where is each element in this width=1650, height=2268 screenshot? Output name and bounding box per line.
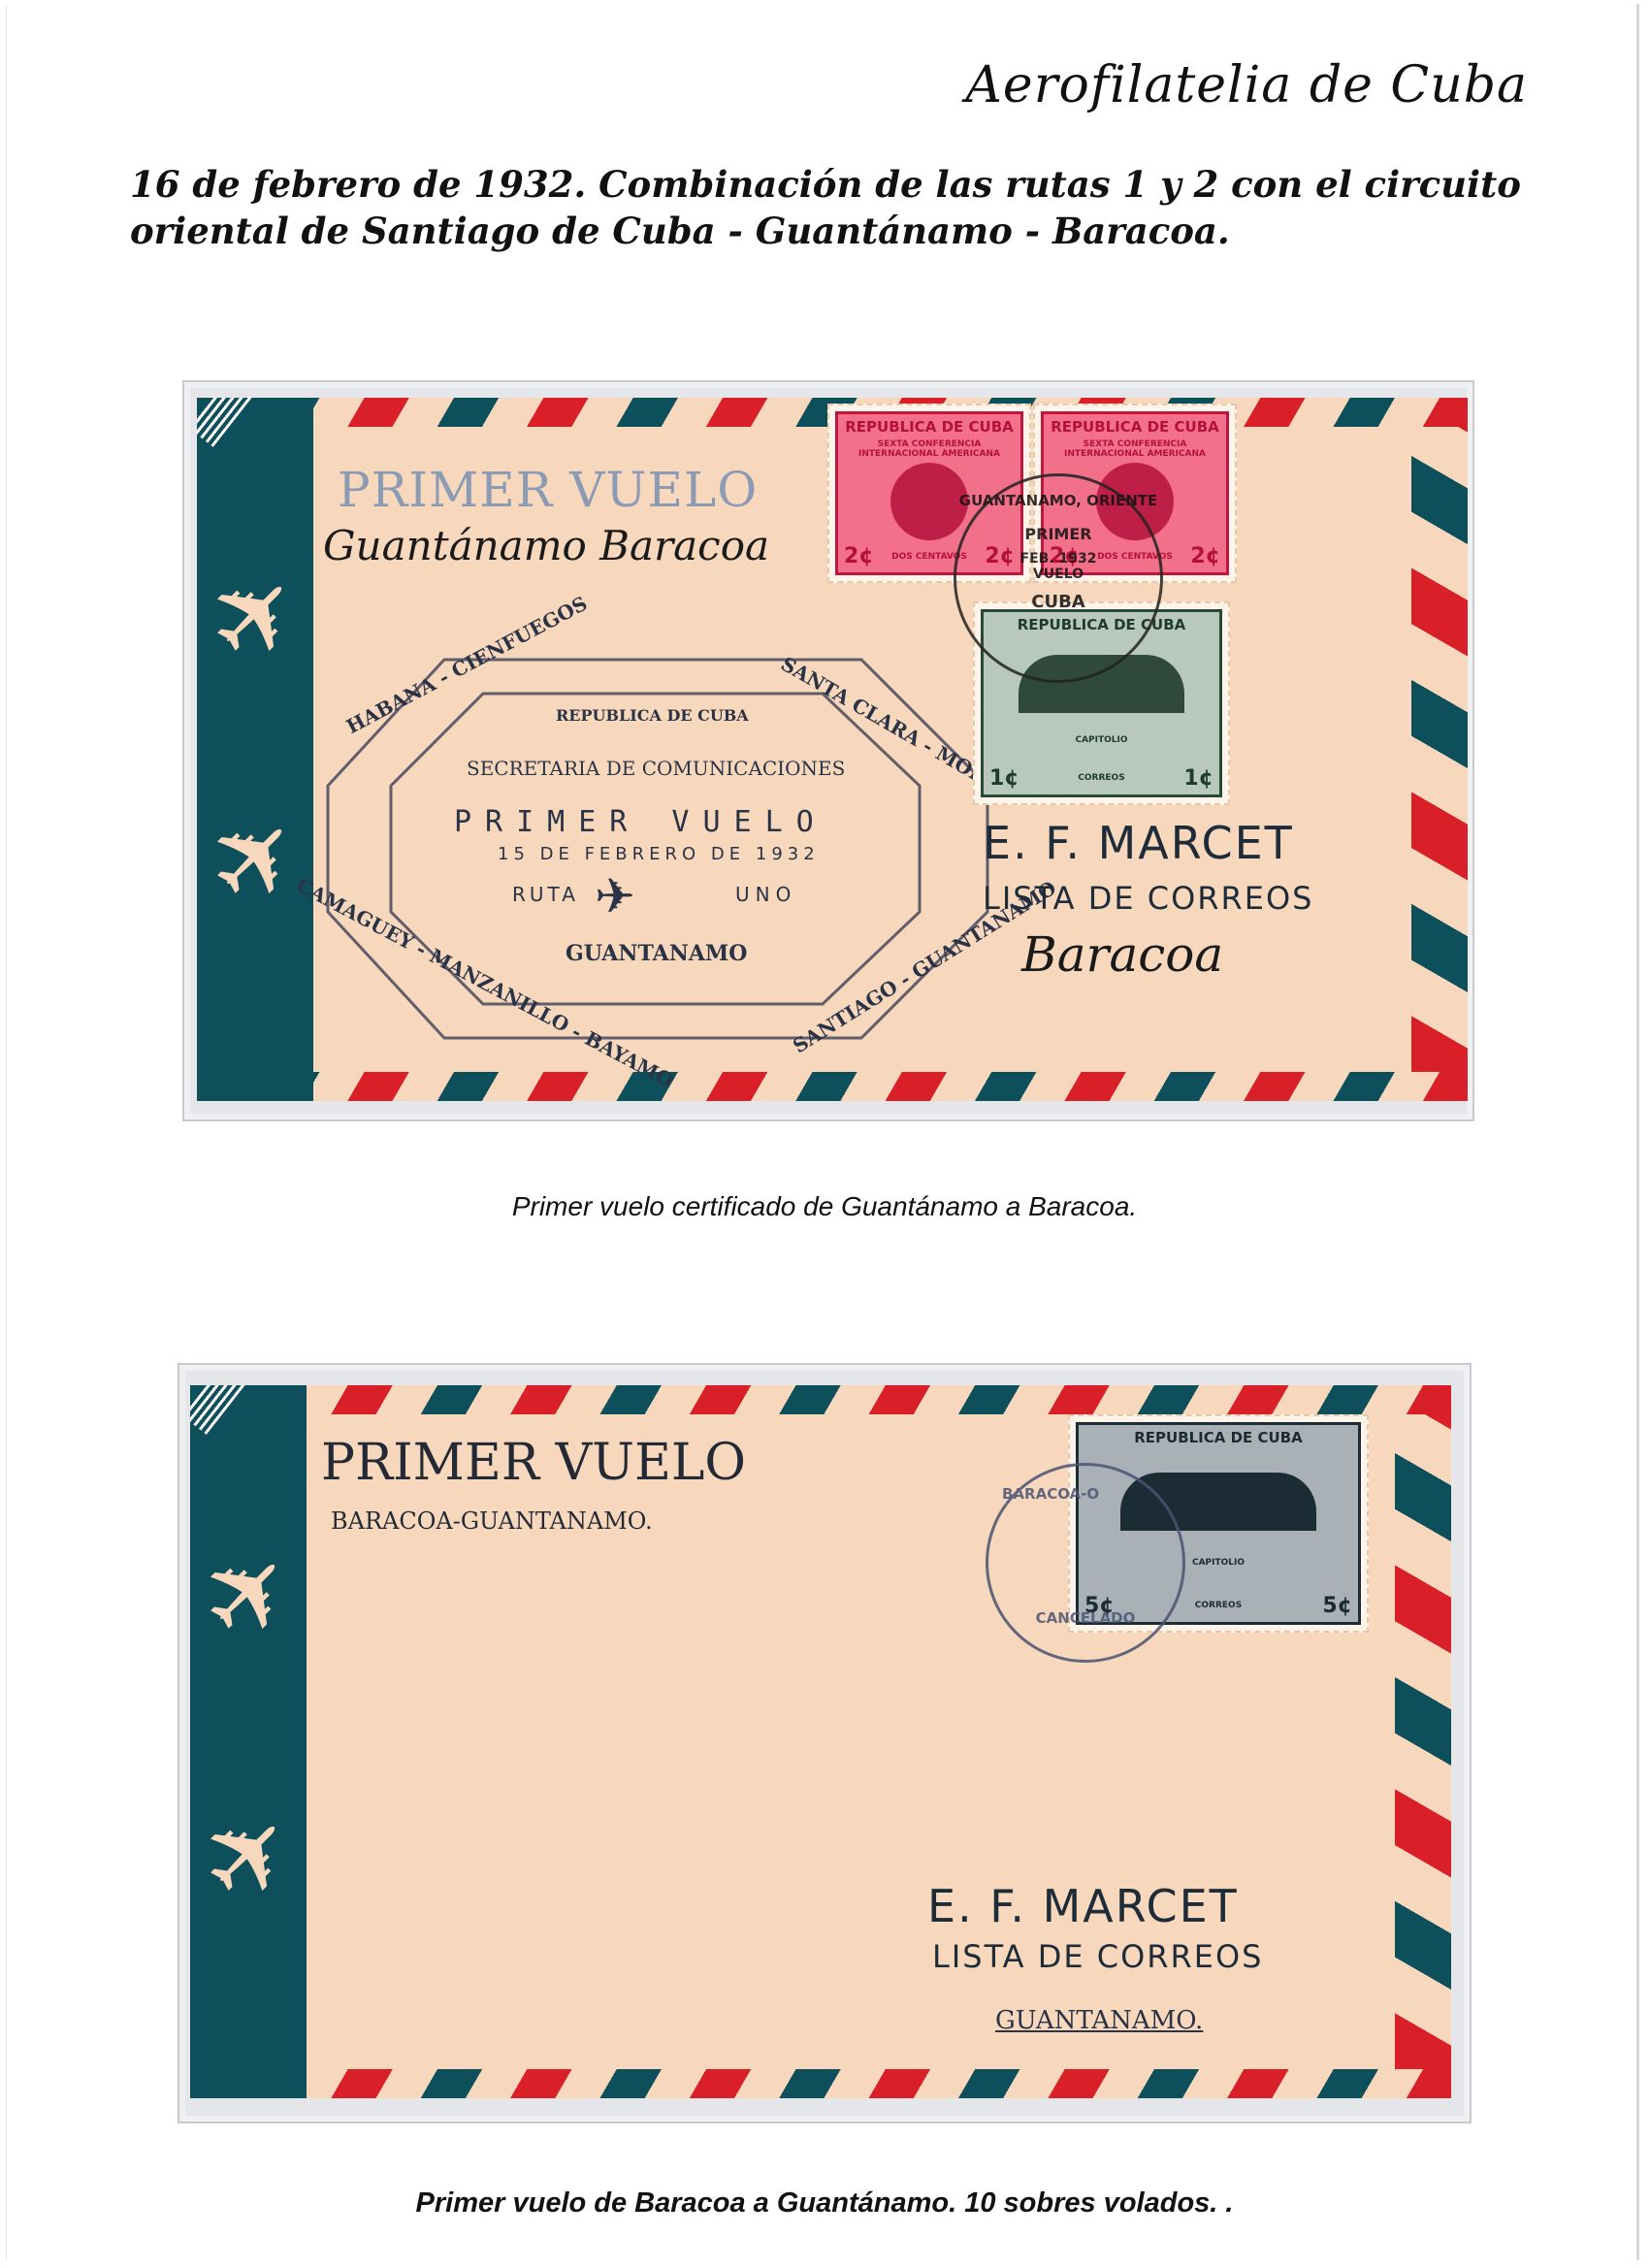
airmail-left-band: ✈ ✈ xyxy=(197,398,313,1101)
address-city-handwritten: Baracoa xyxy=(1021,926,1223,983)
cachet-primer-vuelo: PRIMER VUELO xyxy=(338,462,758,518)
cover-2-caption: Primer vuelo de Baracoa a Guantánamo. 10… xyxy=(291,2187,1358,2219)
airmail-border-right xyxy=(1395,1414,1451,2069)
address-lista-correos: LISTA DE CORREOS xyxy=(983,880,1313,917)
address-city: GUANTANAMO. xyxy=(995,2006,1203,2035)
postmark-baracoa: BARACOA-O CANCELADO xyxy=(986,1463,1185,1663)
octagon-route-value: UNO xyxy=(735,883,796,906)
speed-stripes xyxy=(197,398,297,447)
speed-stripes xyxy=(190,1385,290,1435)
airplane-icon: ✈ xyxy=(190,1780,324,1931)
postmark-guantanamo: GUANTANAMO, ORIENTE PRIMER FEB. 1932 VUE… xyxy=(954,473,1163,683)
octagon-line-republica: REPUBLICA DE CUBA xyxy=(556,706,749,725)
address-name: E. F. MARCET xyxy=(983,817,1294,869)
airplane-icon: ✈ xyxy=(595,868,635,924)
page-heading: 16 de febrero de 1932. Combinación de la… xyxy=(130,161,1527,254)
address-name: E. F. MARCET xyxy=(927,1880,1239,1932)
album-title: Aerofilatelia de Cuba xyxy=(965,56,1528,114)
octagon-line-secretaria: SECRETARIA DE COMUNICACIONES xyxy=(467,757,845,780)
airplane-icon: ✈ xyxy=(197,783,331,934)
octagon-line-primer-vuelo: PRIMER VUELO xyxy=(454,805,827,839)
airmail-cover-2: ✈ ✈ PRIMER VUELO BARACOA-GUANTANAMO. REP… xyxy=(190,1385,1451,2098)
cachet-handwritten-route: Guantánamo Baracoa xyxy=(323,522,769,569)
airmail-border-bottom xyxy=(307,2069,1451,2098)
octagon-city: GUANTANAMO xyxy=(566,941,747,966)
address-lista-correos: LISTA DE CORREOS xyxy=(932,1938,1263,1975)
airmail-left-band: ✈ ✈ xyxy=(190,1385,307,2098)
airmail-border-bottom xyxy=(313,1072,1468,1101)
airplane-icon: ✈ xyxy=(190,1518,324,1669)
octagon-route-label: RUTA xyxy=(512,883,579,906)
airplane-icon: ✈ xyxy=(197,540,331,692)
cachet-route: BARACOA-GUANTANAMO. xyxy=(331,1507,653,1535)
airmail-cover-1: ✈ ✈ PRIMER VUELO Guantánamo Baracoa HABA… xyxy=(197,398,1468,1101)
cachet-primer-vuelo: PRIMER VUELO xyxy=(321,1434,746,1492)
airmail-border-right xyxy=(1411,427,1468,1072)
airmail-border-top xyxy=(307,1385,1451,1414)
octagon-line-date: 15 DE FEBRERO DE 1932 xyxy=(498,844,820,864)
cover-1-caption: Primer vuelo certificado de Guantánamo a… xyxy=(291,1191,1358,1222)
